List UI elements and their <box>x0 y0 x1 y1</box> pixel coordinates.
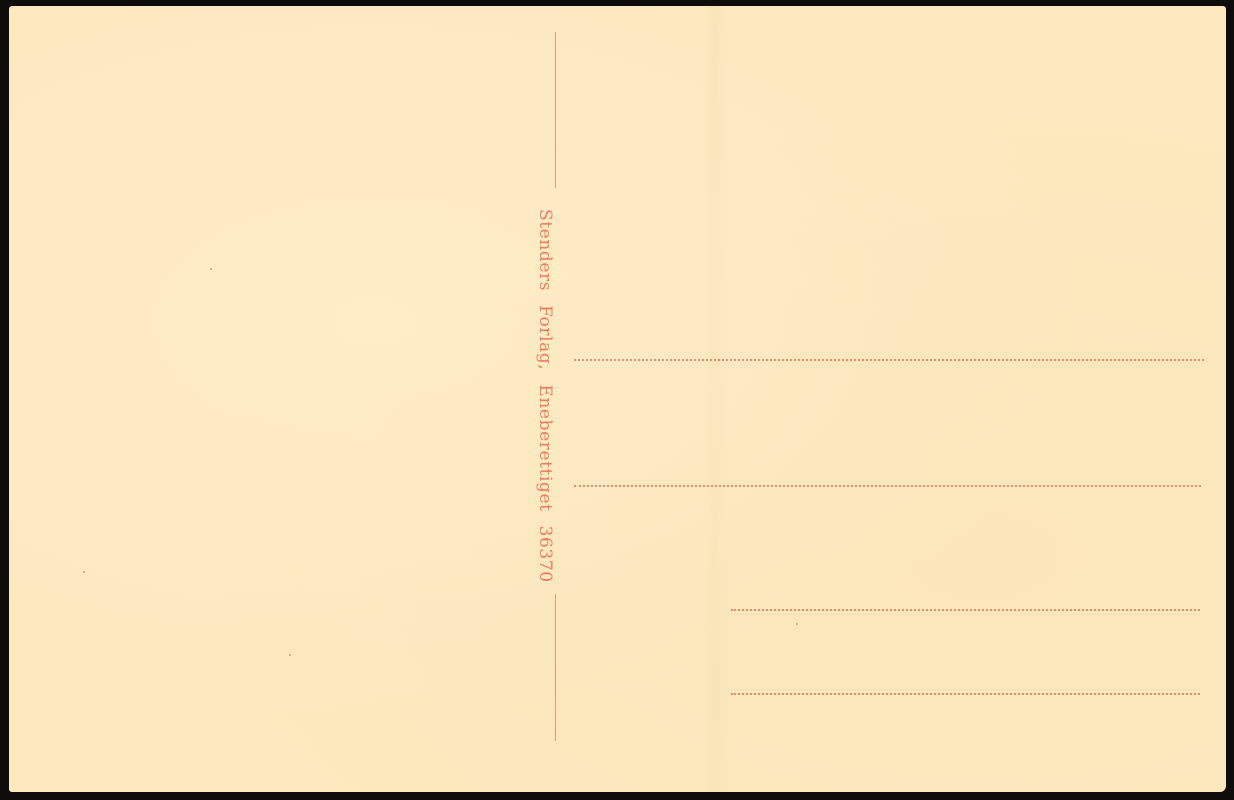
address-line-3 <box>731 609 1200 611</box>
center-divider-top <box>555 32 556 188</box>
address-line-2 <box>574 485 1201 487</box>
address-line-4 <box>731 693 1200 695</box>
publisher-imprint-text: Stenders Forlag, Eneberettiget 36370 <box>535 209 555 583</box>
paper-speck <box>289 654 291 656</box>
postcard-back: Stenders Forlag, Eneberettiget 36370 <box>9 6 1226 792</box>
address-line-1 <box>574 359 1204 361</box>
paper-speck <box>210 268 212 270</box>
paper-speck <box>83 571 85 573</box>
paper-speck <box>796 623 798 625</box>
center-divider-bottom <box>555 594 556 741</box>
